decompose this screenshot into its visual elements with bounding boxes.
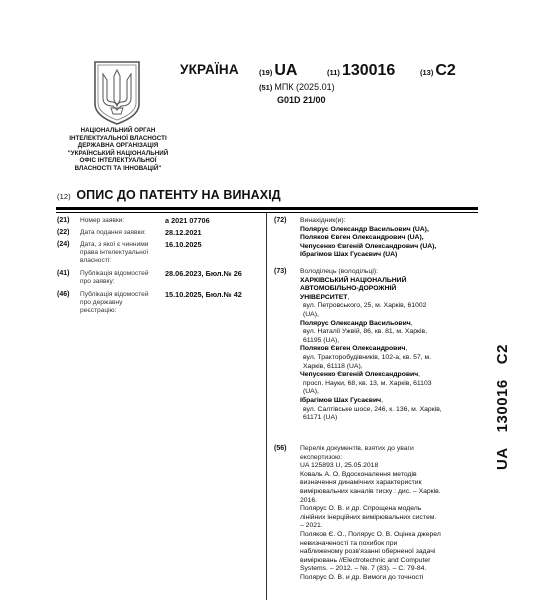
side-patent-label: UA130016C2 xyxy=(494,329,511,470)
kind-code: (13)C2 xyxy=(420,62,456,80)
reference-line: – 2021. xyxy=(300,522,485,531)
owner-name: Ібрагімов Шах Гусаєвич, xyxy=(300,397,485,406)
reference-line: вимірювальних каналів тиску : дис. – Хар… xyxy=(300,488,485,497)
reference-line: невизначеності та похибок при xyxy=(300,540,485,549)
title-rule-thick xyxy=(56,207,478,210)
ipc-class: G01D 21/00 xyxy=(277,95,326,105)
country-code: (19)UA xyxy=(259,62,297,80)
reference-line: 2016. xyxy=(300,497,485,506)
inventor-name: Ібрагімов Шах Гусаєвич (UA) xyxy=(300,251,485,260)
inventor-name: Полярус Олександр Васильович (UA), xyxy=(300,226,485,235)
reference-line: Systems. – 2012. – №. 7 (83). – С. 79-84… xyxy=(300,565,485,574)
owner-name: Чепусенко Євгеній Олександрович, xyxy=(300,371,485,380)
reference-line: Поляков Є. О., Полярус О. В. Оцінка джер… xyxy=(300,531,485,540)
reference-line: наближеному розв'язанні оберненої задачі xyxy=(300,548,485,557)
reference-line: лінійних інерційних вимірювальних систем… xyxy=(300,514,485,523)
inventors-code: (72) xyxy=(274,217,286,224)
ipc-label: (51)МПК (2025.01) xyxy=(259,82,335,92)
owner-name: Поляков Євген Олександрович, xyxy=(300,345,485,354)
column-divider xyxy=(266,213,267,600)
owners-block: Володілець (володільці): ХАРКІВСЬКИЙ НАЦ… xyxy=(300,268,485,423)
owner-name: Полярус Олександр Васильович, xyxy=(300,320,485,329)
trident-coat-of-arms-icon xyxy=(93,60,141,126)
inventors-block: Винахідник(и): Полярус Олександр Васильо… xyxy=(300,217,485,260)
reference-line: Полярус О. В. и др. Спрощена модель xyxy=(300,505,485,514)
reference-line: UA 125893 U, 25.05.2018 xyxy=(300,462,485,471)
agency-name: НАЦІОНАЛЬНИЙ ОРГАН ІНТЕЛЕКТУАЛЬНОЇ ВЛАСН… xyxy=(52,127,184,173)
reference-line: вимірювань //Electrotechnic and Computer xyxy=(300,557,485,566)
document-title: (12) ОПИС ДО ПАТЕНТУ НА ВИНАХІД xyxy=(57,188,281,202)
inventor-name: Поляков Євген Олександрович (UA), xyxy=(300,234,485,243)
reference-line: визначення динамічних характеристик xyxy=(300,479,485,488)
owners-code: (73) xyxy=(274,268,286,275)
country-name: УКРАЇНА xyxy=(180,62,239,77)
patent-number: (11)130016 xyxy=(327,62,395,80)
title-rule-thin xyxy=(56,212,478,213)
references-code: (56) xyxy=(274,445,286,452)
reference-line: Полярус О. В. и др. Вимоги до точності xyxy=(300,574,485,583)
references-block: Перелік документів, взятих до уваги експ… xyxy=(300,445,485,583)
